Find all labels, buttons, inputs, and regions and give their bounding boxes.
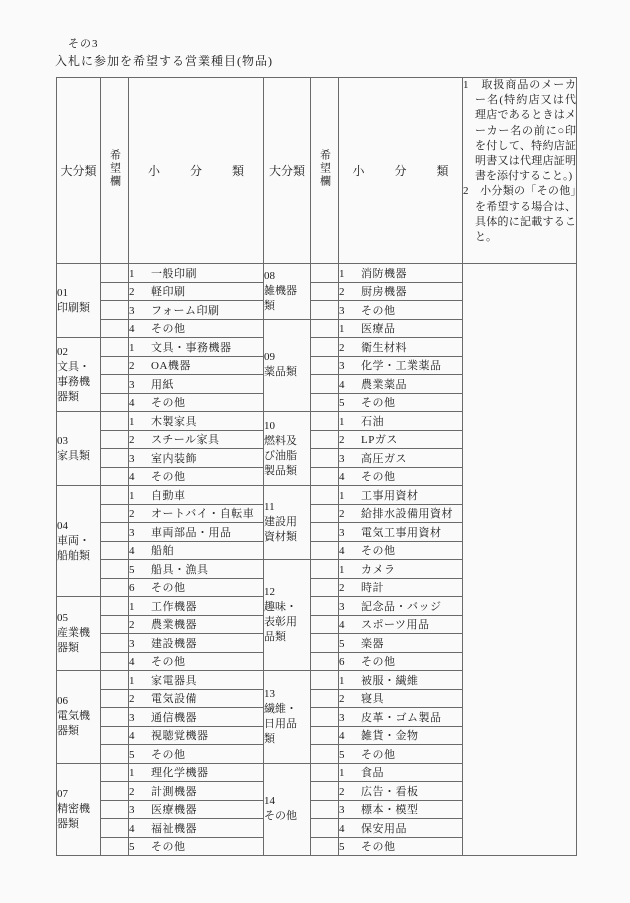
minor-category-label: 船具・漁具 <box>151 564 209 576</box>
minor-category-cell-right: 3その他 <box>339 301 463 320</box>
wish-mark-cell-left <box>101 560 129 579</box>
minor-category-cell-left: 3車両部品・用品 <box>129 523 264 542</box>
wish-mark-cell-left <box>101 412 129 431</box>
major-category-cell-04: 04車両・船舶類 <box>57 486 101 597</box>
wish-mark-cell-left <box>101 745 129 764</box>
minor-category-label: 厨房機器 <box>361 286 407 298</box>
wish-mark-cell-right <box>311 837 339 856</box>
minor-category-cell-left: 3建設機器 <box>129 634 264 653</box>
minor-category-label: 農業機器 <box>151 619 197 631</box>
major-category-code: 01 <box>57 286 100 301</box>
major-category-name: 文具・事務機器類 <box>57 360 91 405</box>
major-category-code: 06 <box>57 694 100 709</box>
minor-category-cell-right: 1カメラ <box>339 560 463 579</box>
minor-category-number: 2 <box>339 286 348 298</box>
wish-mark-cell-right <box>311 578 339 597</box>
wish-mark-cell-right <box>311 726 339 745</box>
minor-category-label: 被服・繊維 <box>361 675 419 687</box>
wish-mark-cell-left <box>101 264 129 283</box>
minor-category-number: 1 <box>129 342 138 354</box>
wish-mark-cell-left <box>101 819 129 838</box>
minor-category-number: 3 <box>129 305 138 317</box>
minor-category-label: 医療品 <box>361 323 396 335</box>
minor-category-label: 衛生材料 <box>361 342 407 354</box>
business-category-table: 大分類 希望欄 小 分 類 大分類 希望欄 小 分 類 1 取扱商品のメーカー名… <box>56 77 577 856</box>
minor-category-cell-left: 5船具・漁具 <box>129 560 264 579</box>
table-row: 01印刷類1一般印刷08雑機器類1消防機器 <box>57 264 577 283</box>
minor-category-cell-right: 3電気工事用資材 <box>339 523 463 542</box>
minor-category-label: 文具・事務機器 <box>151 342 232 354</box>
header-wish-column-left: 希望欄 <box>101 78 129 264</box>
wish-mark-cell-left <box>101 800 129 819</box>
minor-category-cell-left: 2スチール家具 <box>129 430 264 449</box>
minor-category-label: 時計 <box>361 582 384 594</box>
wish-mark-cell-left <box>101 449 129 468</box>
wish-mark-cell-right <box>311 819 339 838</box>
major-category-name: 車両・船舶類 <box>57 534 91 564</box>
minor-category-number: 1 <box>339 675 348 687</box>
minor-category-cell-left: 1工作機器 <box>129 597 264 616</box>
minor-category-label: 自動車 <box>151 490 186 502</box>
wish-mark-cell-right <box>311 412 339 431</box>
wish-mark-cell-left <box>101 578 129 597</box>
minor-category-label: 建設機器 <box>151 638 197 650</box>
major-category-name: 雑機器類 <box>264 284 298 314</box>
wish-mark-cell-left <box>101 486 129 505</box>
minor-category-label: その他 <box>151 323 186 335</box>
major-category-code: 03 <box>57 434 100 449</box>
wish-mark-cell-right <box>311 615 339 634</box>
wish-mark-cell-right <box>311 375 339 394</box>
major-category-name: 電気機器類 <box>57 709 91 739</box>
wish-mark-cell-left <box>101 467 129 486</box>
wish-mark-cell-right <box>311 338 339 357</box>
notes-empty-cell <box>463 264 577 856</box>
wish-mark-cell-left <box>101 782 129 801</box>
major-category-name: 建設用資材類 <box>264 515 298 545</box>
header-major-category-right: 大分類 <box>264 78 311 264</box>
minor-category-label: 給排水設備用資材 <box>361 508 453 520</box>
minor-category-label: 視聴覚機器 <box>151 730 209 742</box>
wish-mark-cell-right <box>311 523 339 542</box>
minor-category-label: 工事用資材 <box>361 490 419 502</box>
wish-mark-cell-left <box>101 671 129 690</box>
wish-mark-cell-right <box>311 782 339 801</box>
minor-category-cell-right: 5その他 <box>339 393 463 412</box>
table-header-row: 大分類 希望欄 小 分 類 大分類 希望欄 小 分 類 1 取扱商品のメーカー名… <box>57 78 577 264</box>
major-category-code: 04 <box>57 519 100 534</box>
minor-category-label: 食品 <box>361 767 384 779</box>
wish-mark-cell-right <box>311 689 339 708</box>
minor-category-number: 1 <box>129 601 138 613</box>
minor-category-label: 保安用品 <box>361 823 407 835</box>
minor-category-cell-right: 2寝具 <box>339 689 463 708</box>
minor-category-number: 1 <box>339 268 348 280</box>
minor-category-label: 寝具 <box>361 693 384 705</box>
major-category-name: 趣味・表彰用品類 <box>264 600 298 645</box>
major-category-name: 産業機器類 <box>57 626 91 656</box>
minor-category-label: 船舶 <box>151 545 174 557</box>
minor-category-number: 2 <box>339 786 348 798</box>
minor-category-label: その他 <box>361 841 396 853</box>
minor-category-number: 1 <box>129 767 138 779</box>
wish-mark-cell-left <box>101 634 129 653</box>
header-minor-category-right: 小 分 類 <box>339 78 463 264</box>
minor-category-label: その他 <box>151 841 186 853</box>
minor-category-label: 楽器 <box>361 638 384 650</box>
minor-category-label: その他 <box>151 656 186 668</box>
major-category-cell-01: 01印刷類 <box>57 264 101 338</box>
major-category-name: その他 <box>264 809 298 824</box>
minor-category-label: 工作機器 <box>151 601 197 613</box>
minor-category-number: 4 <box>129 545 138 557</box>
minor-category-label: LPガス <box>361 434 398 446</box>
minor-category-number: 1 <box>129 416 138 428</box>
minor-category-cell-left: 4船舶 <box>129 541 264 560</box>
wish-mark-cell-right <box>311 449 339 468</box>
minor-category-number: 5 <box>129 564 138 576</box>
document-page: その3 入札に参加を希望する営業種目(物品) 大分類 希望欄 小 分 類 大分類… <box>0 0 630 903</box>
minor-category-cell-right: 2衛生材料 <box>339 338 463 357</box>
minor-category-cell-right: 2厨房機器 <box>339 282 463 301</box>
minor-category-number: 4 <box>339 619 348 631</box>
wish-mark-cell-left <box>101 338 129 357</box>
minor-category-label: その他 <box>361 545 396 557</box>
wish-mark-cell-right <box>311 504 339 523</box>
minor-category-number: 5 <box>339 638 348 650</box>
minor-category-number: 2 <box>129 619 138 631</box>
minor-category-cell-right: 1石油 <box>339 412 463 431</box>
minor-category-cell-right: 1消防機器 <box>339 264 463 283</box>
minor-category-cell-right: 4保安用品 <box>339 819 463 838</box>
minor-category-label: その他 <box>361 656 396 668</box>
major-category-cell-12: 12趣味・表彰用品類 <box>264 560 311 671</box>
minor-category-label: カメラ <box>361 564 396 576</box>
minor-category-number: 4 <box>339 471 348 483</box>
minor-category-cell-right: 2給排水設備用資材 <box>339 504 463 523</box>
wish-mark-cell-left <box>101 652 129 671</box>
minor-category-number: 6 <box>339 656 348 668</box>
minor-category-cell-right: 4雑貨・金物 <box>339 726 463 745</box>
header-wish-label: 希望欄 <box>317 149 333 188</box>
major-category-name: 燃料及び油脂製品類 <box>264 434 298 479</box>
minor-category-number: 5 <box>339 841 348 853</box>
minor-category-cell-left: 4その他 <box>129 319 264 338</box>
minor-category-cell-right: 3標本・模型 <box>339 800 463 819</box>
minor-category-number: 4 <box>339 545 348 557</box>
minor-category-number: 1 <box>339 490 348 502</box>
minor-category-label: 車両部品・用品 <box>151 527 232 539</box>
major-category-code: 13 <box>264 687 310 702</box>
minor-category-number: 6 <box>129 582 138 594</box>
minor-category-number: 4 <box>129 730 138 742</box>
minor-category-cell-right: 1食品 <box>339 763 463 782</box>
minor-category-number: 1 <box>339 323 348 335</box>
minor-category-label: その他 <box>361 397 396 409</box>
major-category-code: 08 <box>264 269 310 284</box>
minor-category-label: 木製家具 <box>151 416 197 428</box>
minor-category-label: その他 <box>361 305 396 317</box>
minor-category-number: 3 <box>339 453 348 465</box>
minor-category-cell-right: 3記念品・バッジ <box>339 597 463 616</box>
note-item-1: 1 取扱商品のメーカー名(特約店又は代理店であるときはメーカー名の前に○印を付し… <box>463 78 576 184</box>
wish-mark-cell-left <box>101 708 129 727</box>
minor-category-label: 化学・工業薬品 <box>361 360 442 372</box>
minor-category-number: 3 <box>129 712 138 724</box>
minor-category-cell-left: 2OA機器 <box>129 356 264 375</box>
minor-category-number: 3 <box>339 601 348 613</box>
wish-mark-cell-left <box>101 282 129 301</box>
wish-mark-cell-left <box>101 615 129 634</box>
minor-category-number: 3 <box>339 305 348 317</box>
wish-mark-cell-right <box>311 319 339 338</box>
minor-category-number: 3 <box>129 453 138 465</box>
minor-category-number: 2 <box>129 693 138 705</box>
minor-category-cell-right: 4スポーツ用品 <box>339 615 463 634</box>
minor-category-number: 3 <box>339 712 348 724</box>
minor-category-number: 2 <box>129 286 138 298</box>
minor-category-number: 1 <box>129 675 138 687</box>
minor-category-label: 高圧ガス <box>361 453 407 465</box>
minor-category-label: 一般印刷 <box>151 268 197 280</box>
minor-category-number: 2 <box>339 582 348 594</box>
minor-category-cell-right: 3皮革・ゴム製品 <box>339 708 463 727</box>
minor-category-label: その他 <box>151 582 186 594</box>
wish-mark-cell-left <box>101 301 129 320</box>
wish-mark-cell-left <box>101 430 129 449</box>
minor-category-number: 3 <box>339 804 348 816</box>
minor-category-label: 農業薬品 <box>361 379 407 391</box>
minor-category-number: 4 <box>339 823 348 835</box>
minor-category-number: 3 <box>129 379 138 391</box>
minor-category-number: 1 <box>339 767 348 779</box>
wish-mark-cell-right <box>311 486 339 505</box>
major-category-cell-03: 03家具類 <box>57 412 101 486</box>
minor-category-number: 4 <box>339 379 348 391</box>
major-category-code: 14 <box>264 794 310 809</box>
minor-category-cell-right: 5楽器 <box>339 634 463 653</box>
wish-mark-cell-right <box>311 393 339 412</box>
minor-category-label: 医療機器 <box>151 804 197 816</box>
minor-category-number: 3 <box>129 638 138 650</box>
wish-mark-cell-left <box>101 523 129 542</box>
wish-mark-cell-left <box>101 763 129 782</box>
minor-category-label: 家電器具 <box>151 675 197 687</box>
minor-category-cell-left: 2農業機器 <box>129 615 264 634</box>
major-category-name: 家具類 <box>57 449 91 464</box>
wish-mark-cell-right <box>311 597 339 616</box>
wish-mark-cell-right <box>311 541 339 560</box>
minor-category-number: 1 <box>339 416 348 428</box>
major-category-cell-02: 02文具・事務機器類 <box>57 338 101 412</box>
minor-category-number: 3 <box>129 527 138 539</box>
wish-mark-cell-left <box>101 689 129 708</box>
minor-category-cell-left: 2計測機器 <box>129 782 264 801</box>
minor-category-number: 4 <box>129 397 138 409</box>
minor-category-cell-left: 1一般印刷 <box>129 264 264 283</box>
header-major-category-left: 大分類 <box>57 78 101 264</box>
minor-category-cell-left: 3用紙 <box>129 375 264 394</box>
minor-category-cell-left: 3フォーム印刷 <box>129 301 264 320</box>
wish-mark-cell-right <box>311 671 339 690</box>
wish-mark-cell-right <box>311 467 339 486</box>
wish-mark-cell-right <box>311 301 339 320</box>
minor-category-number: 2 <box>129 434 138 446</box>
major-category-cell-11: 11建設用資材類 <box>264 486 311 560</box>
minor-category-cell-right: 2時計 <box>339 578 463 597</box>
minor-category-number: 4 <box>129 823 138 835</box>
wish-mark-cell-right <box>311 800 339 819</box>
wish-mark-cell-left <box>101 356 129 375</box>
minor-category-cell-right: 6その他 <box>339 652 463 671</box>
minor-category-label: 福祉機器 <box>151 823 197 835</box>
minor-category-label: その他 <box>151 749 186 761</box>
major-category-cell-08: 08雑機器類 <box>264 264 311 320</box>
major-category-code: 02 <box>57 345 100 360</box>
wish-mark-cell-right <box>311 264 339 283</box>
minor-category-number: 4 <box>339 730 348 742</box>
minor-category-cell-left: 2電気設備 <box>129 689 264 708</box>
minor-category-number: 5 <box>129 749 138 761</box>
minor-category-cell-left: 4その他 <box>129 393 264 412</box>
minor-category-number: 1 <box>129 490 138 502</box>
notes-cell: 1 取扱商品のメーカー名(特約店又は代理店であるときはメーカー名の前に○印を付し… <box>463 78 577 264</box>
minor-category-number: 5 <box>129 841 138 853</box>
minor-category-cell-right: 1医療品 <box>339 319 463 338</box>
minor-category-label: その他 <box>361 471 396 483</box>
minor-category-label: 標本・模型 <box>361 804 419 816</box>
minor-category-cell-left: 2オートバイ・自転車 <box>129 504 264 523</box>
minor-category-label: 室内装飾 <box>151 453 197 465</box>
minor-category-cell-left: 2軽印刷 <box>129 282 264 301</box>
minor-category-number: 2 <box>339 434 348 446</box>
minor-category-cell-right: 3高圧ガス <box>339 449 463 468</box>
minor-category-label: その他 <box>361 749 396 761</box>
major-category-code: 05 <box>57 611 100 626</box>
minor-category-label: 皮革・ゴム製品 <box>361 712 442 724</box>
major-category-name: 精密機器類 <box>57 802 91 832</box>
major-category-cell-14: 14その他 <box>264 763 311 856</box>
major-category-code: 11 <box>264 500 310 515</box>
wish-mark-cell-right <box>311 430 339 449</box>
major-category-code: 10 <box>264 419 310 434</box>
wish-mark-cell-left <box>101 375 129 394</box>
wish-mark-cell-left <box>101 837 129 856</box>
minor-category-label: 雑貨・金物 <box>361 730 419 742</box>
page-title: 入札に参加を希望する営業種目(物品) <box>55 52 273 69</box>
wish-mark-cell-right <box>311 560 339 579</box>
note-item-2: 2 小分類の「その他」を希望する場合は、具体的に記載すること。 <box>463 184 576 245</box>
major-category-cell-13: 13繊維・日用品類 <box>264 671 311 764</box>
minor-category-cell-left: 1理化学機器 <box>129 763 264 782</box>
major-category-name: 繊維・日用品類 <box>264 702 298 747</box>
minor-category-label: 軽印刷 <box>151 286 186 298</box>
wish-mark-cell-left <box>101 319 129 338</box>
major-category-cell-06: 06電気機器類 <box>57 671 101 764</box>
minor-category-cell-right: 4その他 <box>339 541 463 560</box>
minor-category-cell-left: 4視聴覚機器 <box>129 726 264 745</box>
minor-category-cell-left: 3通信機器 <box>129 708 264 727</box>
minor-category-cell-right: 1工事用資材 <box>339 486 463 505</box>
minor-category-number: 4 <box>129 656 138 668</box>
minor-category-label: その他 <box>151 471 186 483</box>
minor-category-cell-right: 4農業薬品 <box>339 375 463 394</box>
minor-category-label: その他 <box>151 397 186 409</box>
wish-mark-cell-left <box>101 726 129 745</box>
wish-mark-cell-right <box>311 708 339 727</box>
minor-category-label: スチール家具 <box>151 434 220 446</box>
minor-category-label: 消防機器 <box>361 268 407 280</box>
minor-category-cell-left: 3医療機器 <box>129 800 264 819</box>
minor-category-label: 広告・看板 <box>361 786 419 798</box>
minor-category-cell-left: 4その他 <box>129 652 264 671</box>
minor-category-cell-left: 5その他 <box>129 745 264 764</box>
wish-mark-cell-right <box>311 763 339 782</box>
minor-category-label: 通信機器 <box>151 712 197 724</box>
minor-category-cell-right: 1被服・繊維 <box>339 671 463 690</box>
minor-category-number: 4 <box>129 323 138 335</box>
minor-category-cell-right: 5その他 <box>339 745 463 764</box>
wish-mark-cell-left <box>101 504 129 523</box>
minor-category-cell-left: 1家電器具 <box>129 671 264 690</box>
minor-category-cell-left: 4福祉機器 <box>129 819 264 838</box>
minor-category-number: 2 <box>339 508 348 520</box>
minor-category-number: 2 <box>339 342 348 354</box>
minor-category-cell-right: 4その他 <box>339 467 463 486</box>
minor-category-label: OA機器 <box>151 360 191 372</box>
page-tag: その3 <box>68 35 99 51</box>
major-category-cell-09: 09薬品類 <box>264 319 311 412</box>
major-category-code: 07 <box>57 787 100 802</box>
minor-category-label: 記念品・バッジ <box>361 601 442 613</box>
minor-category-number: 3 <box>129 804 138 816</box>
wish-mark-cell-right <box>311 745 339 764</box>
minor-category-number: 2 <box>129 508 138 520</box>
minor-category-number: 5 <box>339 749 348 761</box>
minor-category-number: 4 <box>129 471 138 483</box>
wish-mark-cell-right <box>311 356 339 375</box>
major-category-cell-05: 05産業機器類 <box>57 597 101 671</box>
minor-category-number: 2 <box>129 360 138 372</box>
header-minor-category-left: 小 分 類 <box>129 78 264 264</box>
major-category-code: 09 <box>264 350 310 365</box>
wish-mark-cell-right <box>311 652 339 671</box>
header-wish-column-right: 希望欄 <box>311 78 339 264</box>
minor-category-cell-right: 5その他 <box>339 837 463 856</box>
minor-category-label: 計測機器 <box>151 786 197 798</box>
minor-category-number: 1 <box>129 268 138 280</box>
minor-category-number: 2 <box>129 786 138 798</box>
wish-mark-cell-left <box>101 393 129 412</box>
major-category-cell-07: 07精密機器類 <box>57 763 101 856</box>
wish-mark-cell-left <box>101 541 129 560</box>
wish-mark-cell-right <box>311 282 339 301</box>
minor-category-cell-left: 5その他 <box>129 837 264 856</box>
minor-category-cell-left: 4その他 <box>129 467 264 486</box>
minor-category-label: スポーツ用品 <box>361 619 430 631</box>
minor-category-label: オートバイ・自転車 <box>151 508 254 520</box>
minor-category-number: 2 <box>339 693 348 705</box>
minor-category-label: 用紙 <box>151 379 174 391</box>
minor-category-number: 1 <box>339 564 348 576</box>
minor-category-cell-left: 1自動車 <box>129 486 264 505</box>
minor-category-cell-right: 2LPガス <box>339 430 463 449</box>
minor-category-label: 理化学機器 <box>151 767 209 779</box>
minor-category-number: 3 <box>339 527 348 539</box>
minor-category-cell-left: 1木製家具 <box>129 412 264 431</box>
minor-category-number: 3 <box>339 360 348 372</box>
minor-category-label: 電気設備 <box>151 693 197 705</box>
